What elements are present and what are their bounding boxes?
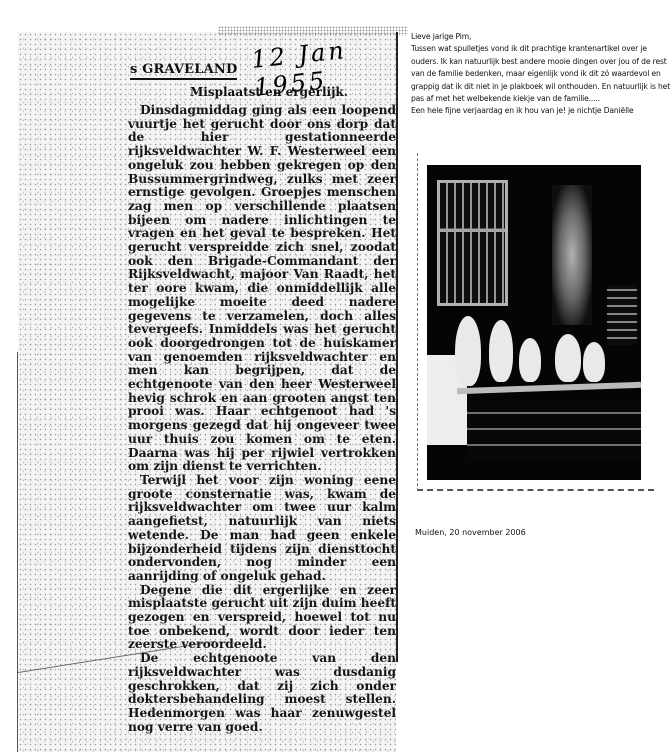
photo-bench: [467, 400, 641, 460]
clipping-left-edge: [17, 352, 18, 752]
article-body: Dinsdagmiddag ging als een loopend vuurt…: [128, 104, 396, 734]
personal-note: Lieve jarige Pim, Tussen wat spulletjes …: [411, 31, 672, 118]
article-paragraph: Terwijl het voor zijn woning eene groote…: [128, 474, 396, 584]
photo-curtain: [552, 185, 592, 325]
photo-people: [427, 310, 607, 390]
clipping-column-rule: [396, 32, 398, 662]
article-paragraph: Dinsdagmiddag ging als een loopend vuurt…: [128, 104, 396, 474]
note-line: van de familie bedenken, maar eigenlijk …: [411, 68, 672, 80]
article-dateline: s GRAVELAND: [130, 62, 237, 80]
person-figure: [519, 338, 541, 382]
person-figure: [489, 320, 513, 382]
person-figure: [455, 316, 481, 386]
photo-lattice: [607, 285, 637, 345]
note-line: Een hele fijne verjaardag en ik hou van …: [411, 105, 672, 117]
photo-window: [437, 180, 508, 306]
article-headline: Misplaatst en ergerlijk.: [190, 85, 348, 99]
signoff-place-date: Muiden, 20 november 2006: [415, 528, 526, 537]
note-line: Lieve jarige Pim,: [411, 31, 672, 43]
note-line: ouders. Ik kan natuurlijk best andere mo…: [411, 56, 672, 68]
newspaper-clipping: s GRAVELAND 12 Jan 1955 Misplaatst en er…: [18, 32, 396, 752]
article-paragraph: Degene die dit ergerlijke en zeer mispla…: [128, 584, 396, 653]
note-line: pas af met het welbekende kiekje van de …: [411, 93, 672, 105]
person-figure: [555, 334, 581, 382]
note-line: Tussen wat spulletjes vond ik dit pracht…: [411, 43, 672, 55]
article-paragraph: De echtgenoote van den rijksveldwachter …: [128, 652, 396, 734]
family-photo: [427, 165, 641, 480]
person-figure: [583, 342, 605, 382]
note-line: grappig dat ik dit niet in je plakboek w…: [411, 81, 672, 93]
